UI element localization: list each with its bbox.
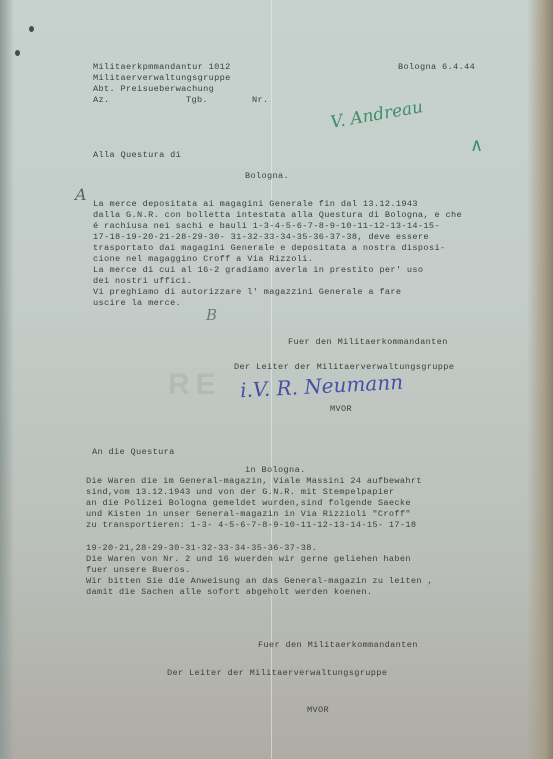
body-line: damit die Sachen alle sofort abgeholt we… — [86, 587, 372, 598]
body-line: cione nel magaggino Croff a Via Rizzoli. — [93, 254, 313, 265]
signatory-title: Der Leiter der Militaerverwaltungsgruppe — [167, 668, 387, 679]
recipient-line: An die Questura — [92, 447, 175, 458]
body-line: trasportato dai magagini Generale e depo… — [93, 243, 445, 254]
recipient-line: Alla Questura di — [93, 150, 181, 161]
green-check-mark-icon: ∧ — [470, 135, 483, 156]
body-line: La merce di cui al 16-2 gradiamo averla … — [93, 265, 423, 276]
body-line: La merce depositata ai magagini Generale… — [93, 199, 418, 210]
place-date: Bologna 6.4.44 — [398, 62, 475, 73]
reference-tgb: Tgb. — [186, 95, 208, 106]
body-line: dei nostri uffici. — [93, 276, 192, 287]
body-line: Die Waren die im General-magazin, Viale … — [86, 476, 422, 487]
body-line: é rachiusa nei sachi e bauli 1-3-4-5-6-7… — [93, 221, 440, 232]
body-line: sind,vom 13.12.1943 und von der G.N.R. m… — [86, 487, 394, 498]
margin-letter-a: A — [75, 185, 87, 204]
body-line: fuer unsere Bueros. — [86, 565, 191, 576]
punch-hole-mark — [15, 50, 20, 56]
body-line: dalla G.N.R. con bolletta intestata alla… — [93, 210, 462, 221]
body-line: uscire la merce. — [93, 298, 181, 309]
body-line: zu transportieren: 1-3- 4-5-6-7-8-9-10-1… — [86, 520, 416, 531]
body-line: an die Polizei Bologna gemeldet wurden,s… — [86, 498, 411, 509]
sender-line: Abt. Preisueberwachung — [93, 84, 214, 95]
body-line: Vi preghiamo di autorizzare l' magazzini… — [93, 287, 401, 298]
body-line: und Kisten in unser General-magazin in V… — [86, 509, 411, 520]
body-line: Wir bitten Sie die Anweisung an das Gene… — [86, 576, 433, 587]
faint-stamp-mark: RE — [168, 368, 222, 402]
closing-line: Fuer den Militaerkommandanten — [258, 640, 418, 651]
signatory-title: Der Leiter der Militaerverwaltungsgruppe — [234, 362, 454, 373]
scanned-letter-page: RE Militaerkpmmandantur 1012 Militaerver… — [0, 0, 553, 759]
signatory-unit: MVOR — [307, 705, 329, 716]
recipient-city: in Bologna. — [245, 465, 306, 476]
body-line: 17-18-19-20-21-28-29-30- 31-32-33-34-35-… — [93, 232, 429, 243]
signatory-unit: MVOR — [330, 404, 352, 415]
reference-az: Az. — [93, 95, 110, 106]
punch-hole-mark — [29, 26, 34, 32]
body-line: 19-20-21,28-29-30-31-32-33-34-35-36-37-3… — [86, 543, 317, 554]
closing-line: Fuer den Militaerkommandanten — [288, 337, 448, 348]
reference-nr: Nr. — [252, 95, 269, 106]
recipient-city: Bologna. — [245, 171, 289, 182]
margin-letter-b: B — [206, 306, 217, 324]
green-initials-annotation: V. Andreau — [329, 97, 425, 133]
handwritten-signature: i.V. R. Neumann — [239, 370, 403, 403]
body-line: Die Waren von Nr. 2 und 16 wuerden wir g… — [86, 554, 411, 565]
sender-line: Militaerverwaltungsgruppe — [93, 73, 231, 84]
sender-line: Militaerkpmmandantur 1012 — [93, 62, 231, 73]
